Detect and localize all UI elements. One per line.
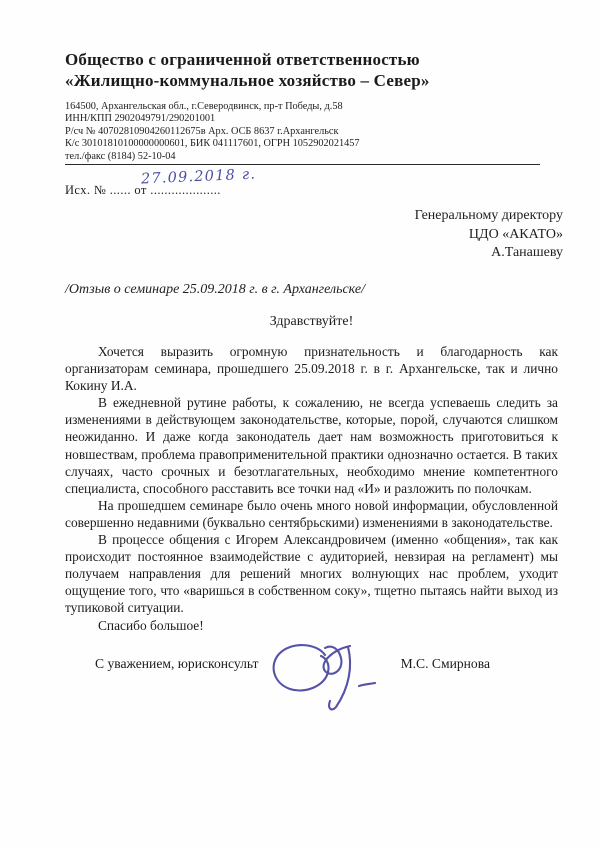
- requisites-bik-ogrn: К/с 30101810100000000601, БИК 041117601,…: [65, 138, 540, 150]
- paragraph-1: Хочется выразить огромную признательност…: [65, 343, 558, 394]
- recipient-title: Генеральному директору: [415, 207, 563, 226]
- organization-name-line1: Общество с ограниченной ответственностью: [65, 49, 535, 70]
- paragraph-4: В процессе общения с Игорем Александрови…: [65, 531, 558, 616]
- subject-line: /Отзыв о семинаре 25.09.2018 г. в г. Арх…: [65, 282, 365, 298]
- paragraph-3: На прошедшем семинаре было очень много н…: [65, 497, 558, 531]
- letter-body: Хочется выразить огромную признательност…: [65, 343, 558, 634]
- handwritten-signature-icon: [263, 640, 381, 720]
- paragraph-2: В ежедневной рутине работы, к сожалению,…: [65, 394, 558, 497]
- recipient-person: А.Танашеву: [415, 244, 563, 263]
- organization-name: Общество с ограниченной ответственностью…: [65, 49, 535, 91]
- requisites-phone-fax: тел./факс (8184) 52-10-04: [65, 151, 540, 163]
- signer-name: М.С. Смирнова: [401, 656, 490, 672]
- greeting: Здравствуйте!: [65, 314, 558, 330]
- requisites-account: Р/сч № 40702810904260112675в Арх. ОСБ 86…: [65, 126, 540, 138]
- requisites-inn-kpp: ИНН/КПП 2902049791/290201001: [65, 113, 540, 125]
- recipient-organization: ЦДО «АКАТО»: [415, 226, 563, 245]
- company-requisites: 164500, Архангельская обл., г.Северодвин…: [65, 101, 540, 165]
- closing-left-label: С уважением, юрисконсульт: [95, 656, 258, 672]
- handwritten-date: 27.09.2018 г.: [141, 166, 257, 187]
- organization-name-line2: «Жилищно-коммунальное хозяйство – Север»: [65, 70, 535, 91]
- paragraph-thanks: Спасибо большое!: [65, 617, 558, 634]
- requisites-address: 164500, Архангельская обл., г.Северодвин…: [65, 101, 540, 113]
- letter-page: Общество с ограниченной ответственностью…: [0, 0, 600, 849]
- recipient-block: Генеральному директору ЦДО «АКАТО» А.Тан…: [415, 207, 563, 263]
